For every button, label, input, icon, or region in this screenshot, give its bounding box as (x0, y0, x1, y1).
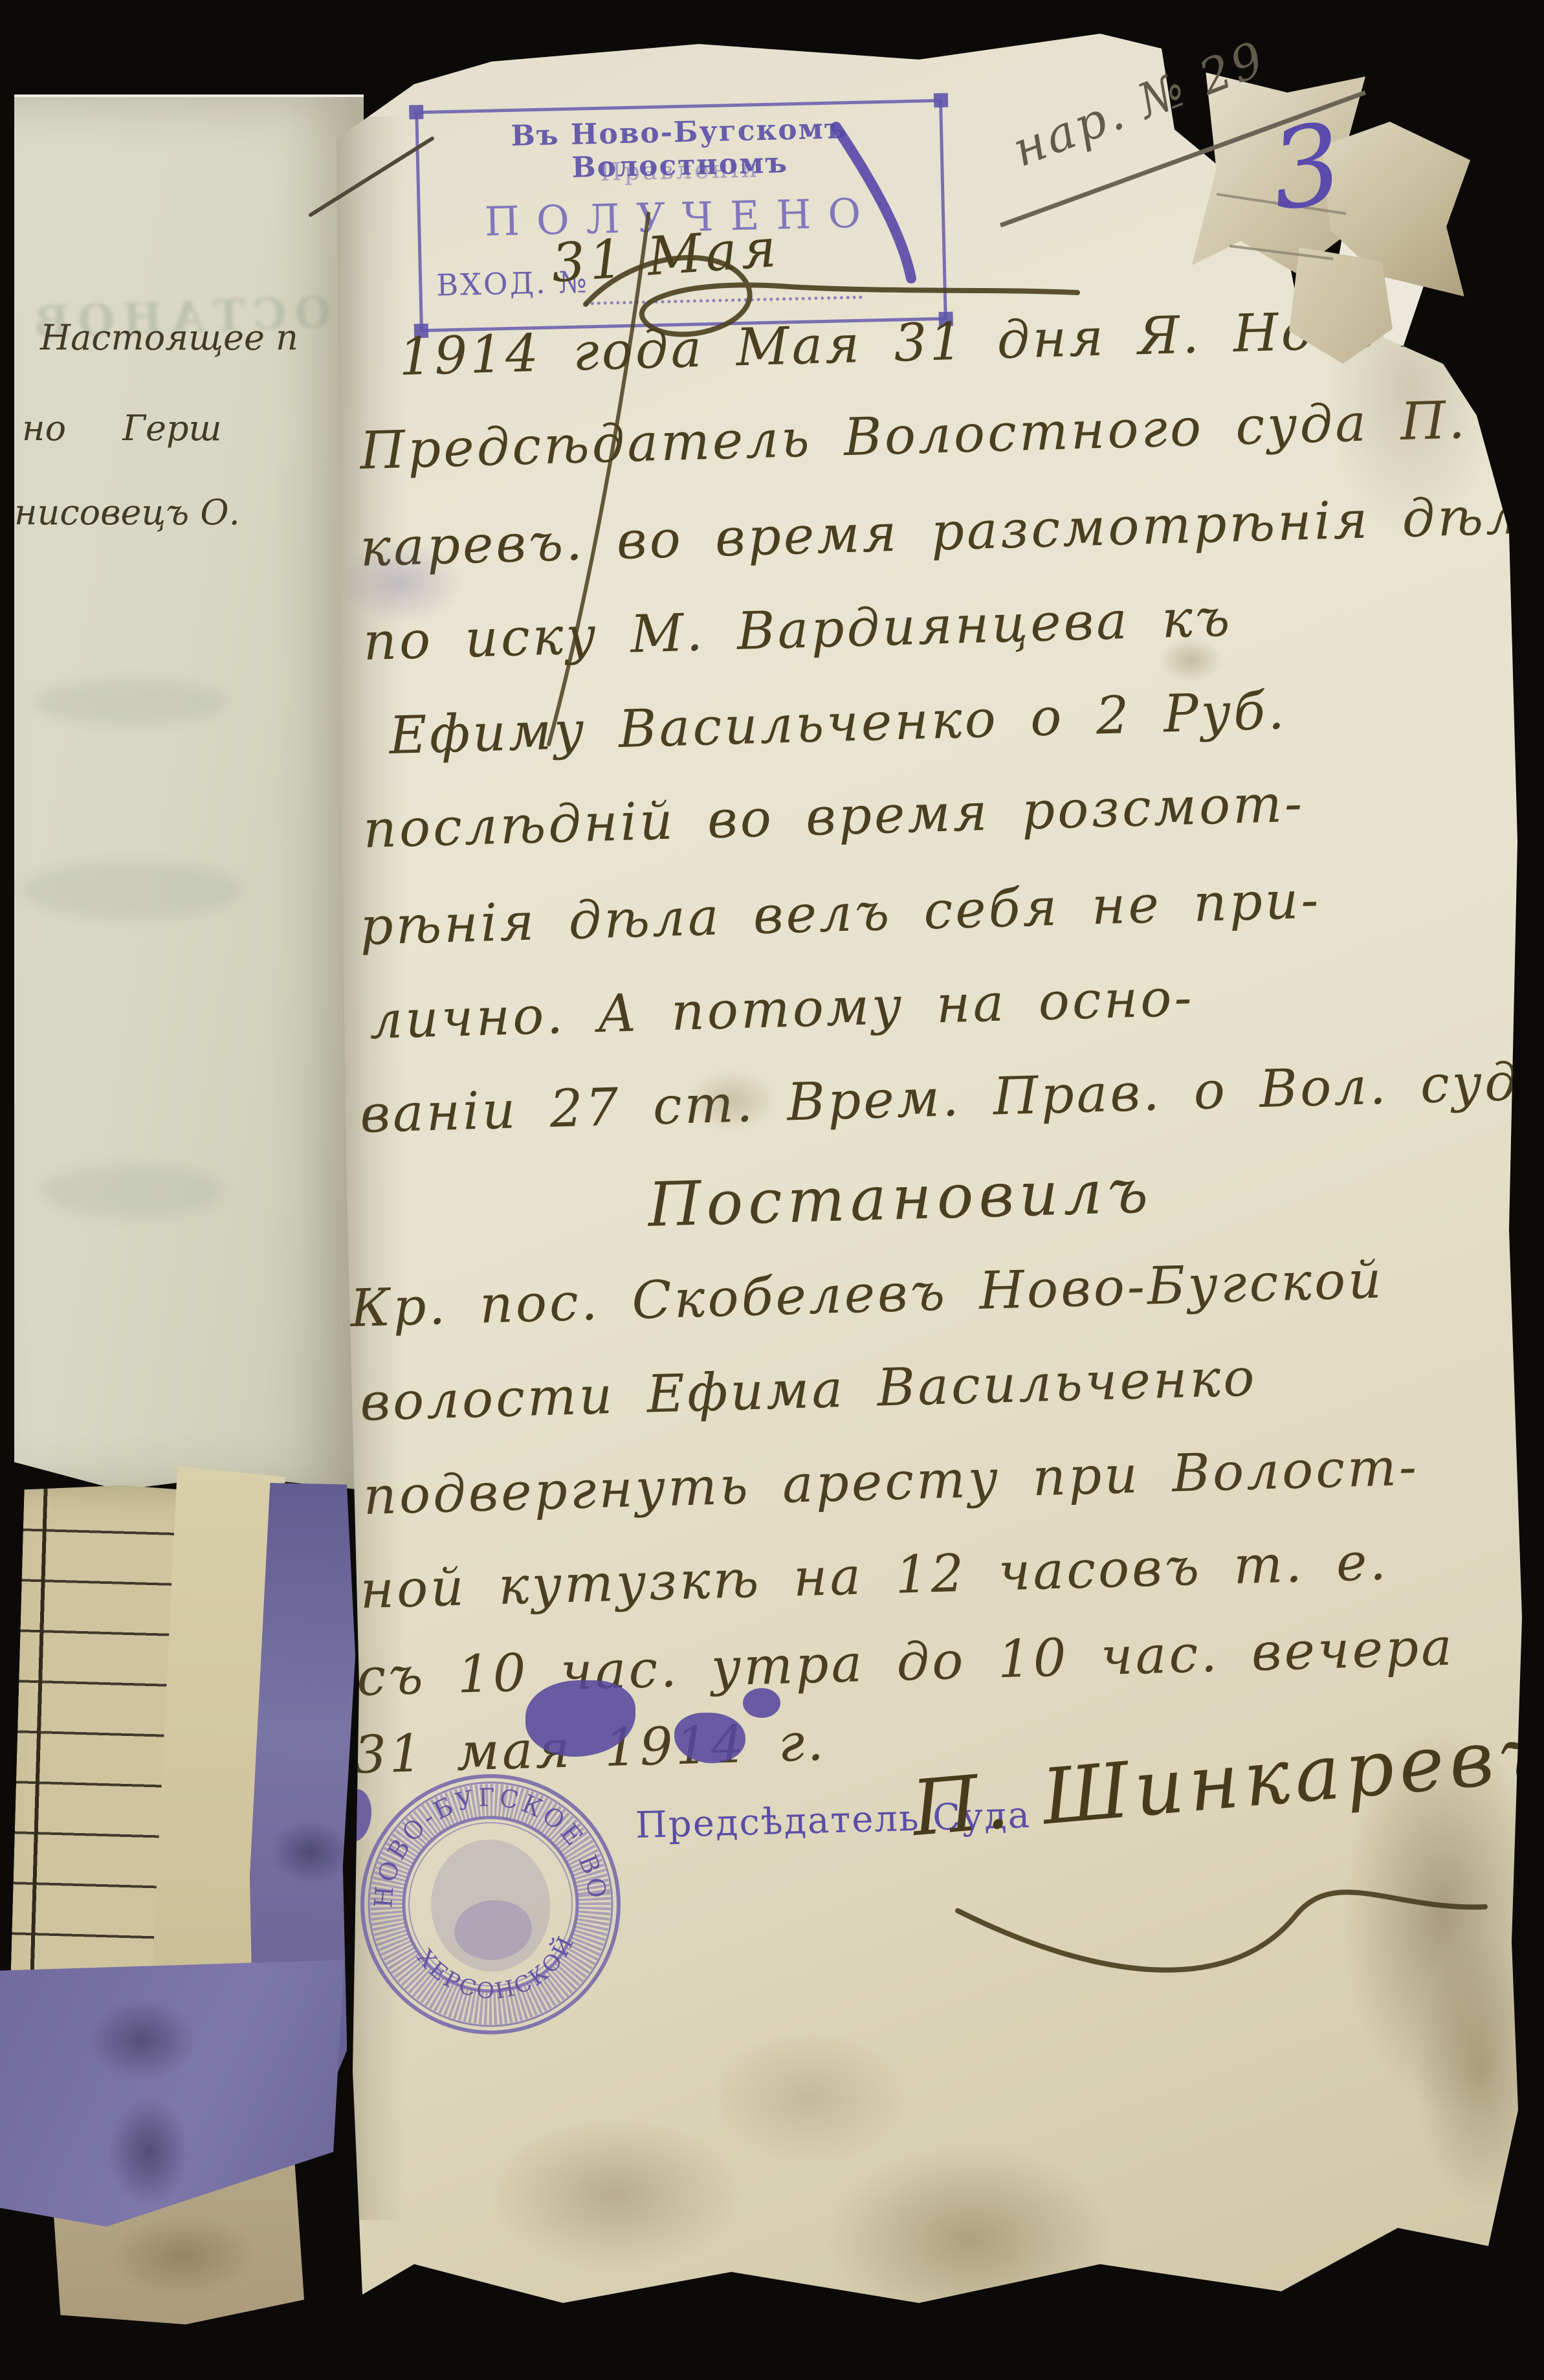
neighbor-text-line: нисовецъ О. (14, 492, 240, 533)
archival-photo: ПОСТАНОВ Настоящее п но Герш нисовецъ О.… (0, 0, 1544, 2380)
handwritten-line: ваніи 27 ст. Врем. Прав. о Вол. суд. (359, 1051, 1539, 1144)
handwritten-line: лично. А потому на осно- (369, 967, 1195, 1051)
handwritten-line: послѣдній во время розсмот- (362, 773, 1305, 860)
stamp-entry-line (584, 296, 863, 306)
handwritten-line: ной кутузкѣ на 12 часовъ т. е. (359, 1531, 1389, 1620)
handwritten-line: подвергнуть аресту при Волост- (362, 1436, 1420, 1526)
stamp-corner-mark (409, 105, 423, 119)
handwritten-line: каревъ. во время разсмотрѣнія дѣла (359, 484, 1544, 578)
underlying-page: ПОСТАНОВ Настоящее п но Герш нисовецъ О. (14, 95, 364, 1490)
handwritten-line: по иску М. Вардиянцева къ (362, 587, 1233, 671)
handwritten-line: съ 10 час. утра до 10 час. вечера (356, 1617, 1455, 1707)
bleed-smudge (40, 1165, 221, 1217)
neighbor-text-line: Настоящее п (40, 317, 298, 358)
handwritten-line: волости Ефима Васильченко (359, 1347, 1258, 1432)
handwritten-line: рѣнія дѣла велъ себя не при- (359, 870, 1322, 957)
receipt-stamp-box: Въ Ново-Бугскомъ Волостномъ Правленіи ПО… (415, 99, 947, 332)
signature-autograph: П. Шинкаревъ (909, 1708, 1544, 1853)
handwritten-line: Предсѣдатель Волостного суда П. Шин- (359, 384, 1544, 481)
bleed-smudge (34, 680, 228, 725)
stamp-corner-mark (934, 93, 948, 107)
bleed-smudge (21, 861, 241, 919)
handwritten-line: Кр. пос. Скобелевъ Ново-Бугской (349, 1249, 1385, 1339)
purple-paper-wedge (0, 1960, 355, 2227)
resolution-heading: Постановилъ (647, 1156, 1154, 1241)
official-round-seal: НОВО-БУГСКОЕ ВОЛОСТНОЕ ХЕРСОНСКОЙ ГУБ. (341, 1755, 640, 2054)
handwritten-line: Ефиму Васильченко о 2 Руб. (388, 680, 1288, 766)
neighbor-text-line: но Герш (22, 408, 222, 449)
ink-blot (743, 1688, 780, 1718)
